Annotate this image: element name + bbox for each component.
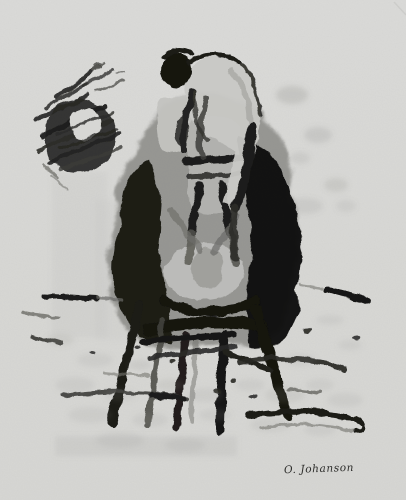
speckle bbox=[68, 407, 112, 423]
speckle bbox=[265, 387, 305, 403]
wash-smudge bbox=[290, 152, 310, 164]
speckle bbox=[306, 379, 334, 391]
speckle bbox=[187, 388, 223, 402]
speckle bbox=[46, 334, 74, 346]
speckle bbox=[235, 379, 265, 391]
brush-stroke bbox=[186, 158, 242, 162]
speckle bbox=[132, 413, 168, 427]
speckle bbox=[77, 353, 113, 367]
speckle bbox=[199, 409, 231, 421]
speckle bbox=[327, 393, 363, 407]
speckle bbox=[165, 438, 205, 452]
ink-dab bbox=[249, 394, 257, 398]
artwork-photo: O. Johanson bbox=[0, 0, 406, 500]
speckle bbox=[284, 354, 316, 366]
wash-smudge bbox=[336, 200, 356, 212]
artwork-lithograph: O. Johanson bbox=[0, 0, 406, 500]
speckle bbox=[55, 377, 95, 393]
speckle bbox=[104, 389, 136, 401]
ink-dab bbox=[302, 329, 310, 334]
light-patch bbox=[191, 247, 223, 289]
speckle bbox=[338, 340, 362, 350]
ink-dab bbox=[135, 346, 141, 350]
ink-dab bbox=[353, 336, 360, 340]
speckle bbox=[96, 432, 144, 448]
artist-signature: O. Johanson bbox=[284, 462, 354, 476]
wash-smudge bbox=[324, 178, 348, 192]
speckle bbox=[128, 360, 152, 370]
speckle bbox=[250, 418, 290, 432]
wash-smudge bbox=[55, 436, 237, 456]
brush-stroke bbox=[44, 296, 97, 299]
wash-smudge bbox=[276, 86, 308, 104]
ink-dab bbox=[230, 379, 236, 383]
wash-smudge bbox=[304, 127, 332, 143]
speckle bbox=[156, 379, 184, 391]
speckle bbox=[316, 315, 344, 325]
figure-leg bbox=[233, 208, 236, 258]
ink-dab bbox=[169, 359, 176, 363]
speckle bbox=[304, 424, 336, 436]
